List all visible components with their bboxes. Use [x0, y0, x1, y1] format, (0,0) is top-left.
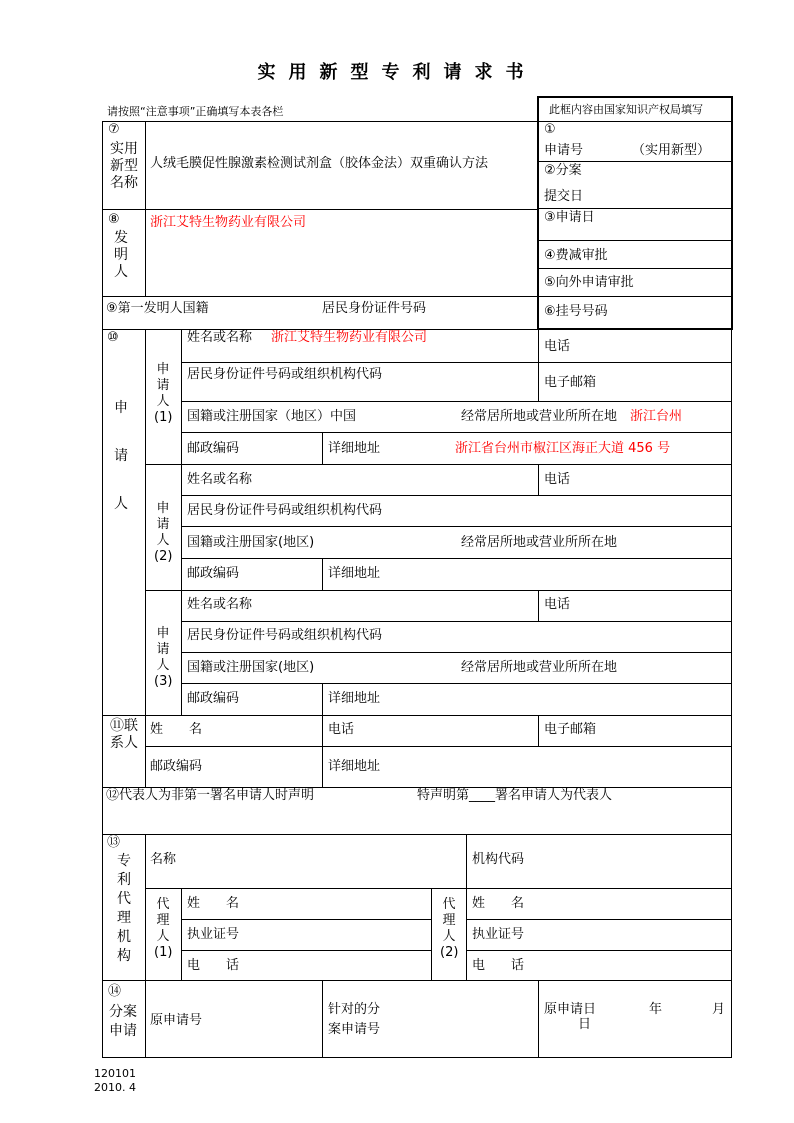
submission-date-label: 提交日 — [544, 189, 583, 205]
table-top-border — [102, 121, 732, 122]
applicant-3-address-label[interactable]: 详细地址 — [328, 691, 380, 707]
month-label: 月 — [712, 1002, 725, 1018]
contact-phone-label[interactable]: 电话 — [328, 722, 354, 738]
inventor-id-label[interactable]: 居民身份证件号码 — [322, 301, 426, 317]
section-8-label: 发明人 — [112, 230, 130, 281]
table-left-border — [102, 121, 103, 1057]
row-line — [145, 888, 731, 889]
applicant-1-address-label: 详细地址 — [328, 441, 380, 457]
office-row-line — [538, 208, 732, 209]
applicant-outer-divider — [145, 329, 146, 715]
contact-address-label[interactable]: 详细地址 — [328, 759, 380, 775]
section-10-label: 申请人 — [112, 384, 130, 528]
agent-2-name-label[interactable]: 姓 名 — [472, 896, 524, 912]
row-line — [145, 464, 731, 465]
row-divider-8-9 — [102, 296, 538, 297]
contact-divider — [538, 715, 539, 746]
applicant-1-label: 申请人(1) — [154, 362, 172, 426]
applicant-2-label: 申请人(2) — [154, 501, 172, 565]
target-division-label-2: 案申请号 — [328, 1022, 380, 1038]
contact-postal-label[interactable]: 邮政编码 — [150, 759, 202, 775]
foreign-filing-label: ⑤向外申请审批 — [544, 275, 634, 291]
agent-1-label: 代理人(1) — [154, 897, 172, 961]
applicant1-address-divider — [322, 432, 323, 464]
applicant2-phone-divider — [538, 464, 539, 495]
registered-number-label: ⑥挂号号码 — [544, 304, 608, 320]
table-bottom-border — [102, 1057, 732, 1058]
contact-name-label[interactable]: 姓 名 — [150, 722, 202, 738]
contact-email-label[interactable]: 电子邮箱 — [544, 722, 596, 738]
row-line — [181, 432, 731, 433]
agent-1-license-label[interactable]: 执业证号 — [187, 927, 239, 943]
office-row-line — [538, 240, 732, 241]
contact-divider — [322, 715, 323, 787]
original-application-number-label[interactable]: 原申请号 — [150, 1013, 202, 1029]
original-filing-date-label[interactable]: 原申请日 — [544, 1002, 596, 1018]
applicant-2-name-label[interactable]: 姓名或名称 — [187, 472, 252, 488]
applicant-1-email-label[interactable]: 电子邮箱 — [544, 375, 596, 391]
row-line — [466, 950, 731, 951]
form-code: 120101 — [94, 1067, 136, 1080]
agency-divider — [466, 834, 467, 980]
row-line — [102, 715, 732, 716]
applicant-3-label: 申请人(3) — [154, 626, 172, 690]
division-divider — [145, 980, 146, 1057]
row-line — [181, 495, 731, 496]
row-line — [181, 526, 731, 527]
applicant-2-residence-label[interactable]: 经常居所地或营业所所在地 — [461, 535, 617, 551]
row-line — [466, 919, 731, 920]
agent-2-label: 代理人(2) — [440, 897, 458, 961]
section-7-label: 实用新型名称 — [105, 141, 143, 192]
section-14-num: ⑭ — [108, 984, 121, 1000]
row-line — [145, 590, 731, 591]
applicant-1-address-field[interactable]: 浙江省台州市椒江区海正大道 456 号 — [455, 441, 670, 457]
field-1-num: ① — [544, 122, 556, 138]
applicant-3-name-label[interactable]: 姓名或名称 — [187, 597, 252, 613]
applicant-inner-divider — [181, 329, 182, 715]
office-box-divider — [538, 121, 539, 329]
agent-1-phone-label[interactable]: 电 话 — [187, 958, 239, 974]
section-13-label: 专利代理机构 — [115, 852, 133, 966]
applicant-1-residence-label: 经常居所地或营业所所在地 — [461, 409, 617, 425]
applicant1-phone-divider — [538, 329, 539, 401]
division-label: ②分案 — [544, 163, 582, 179]
agency-code-label[interactable]: 机构代码 — [472, 852, 524, 868]
applicant-2-address-label[interactable]: 详细地址 — [328, 566, 380, 582]
agency-name-label[interactable]: 名称 — [150, 852, 176, 868]
form-date: 2010. 4 — [94, 1081, 136, 1094]
office-row-line — [538, 268, 732, 269]
inventor-field[interactable]: 浙江艾特生物药业有限公司 — [150, 215, 306, 231]
section-10-num: ⑩ — [107, 330, 119, 346]
row-line — [181, 683, 731, 684]
day-label: 日 — [578, 1017, 591, 1033]
page-title: 实用新型专利请求书 — [0, 58, 794, 84]
applicant3-address-divider — [322, 683, 323, 715]
fee-reduction-label: ④费减审批 — [544, 248, 608, 264]
row-line — [181, 621, 731, 622]
applicant-3-country-label[interactable]: 国籍或注册国家(地区) — [187, 660, 314, 676]
applicant-1-phone-label[interactable]: 电话 — [544, 339, 570, 355]
applicant-1-residence-field[interactable]: 浙江台州 — [630, 409, 682, 425]
filing-date-label: ③申请日 — [544, 210, 595, 226]
year-label: 年 — [649, 1002, 662, 1018]
contact-divider — [145, 715, 146, 787]
applicant2-address-divider — [322, 558, 323, 590]
representative-statement[interactable]: 特声明第____署名申请人为代表人 — [417, 788, 612, 804]
section-11-label: ⑪联系人 — [104, 718, 144, 752]
section-12-label: ⑫代表人为非第一署名申请人时声明 — [106, 788, 314, 804]
section-14-label: 分案申请 — [104, 1003, 142, 1041]
utility-model-name-field[interactable]: 人绒毛膜促性腺激素检测试剂盒（胶体金法）双重确认方法 — [150, 156, 488, 172]
applicant-2-country-label[interactable]: 国籍或注册国家(地区) — [187, 535, 314, 551]
application-number-label: 申请号 — [544, 143, 583, 159]
applicant-1-postal-label[interactable]: 邮政编码 — [187, 441, 239, 457]
applicant-3-postal-label[interactable]: 邮政编码 — [187, 691, 239, 707]
application-type: （实用新型） — [632, 143, 710, 159]
applicant-2-phone-label[interactable]: 电话 — [544, 472, 570, 488]
instruction-text: 请按照“注意事项”正确填写本表各栏 — [107, 104, 283, 120]
row-line — [181, 919, 431, 920]
division-divider — [538, 980, 539, 1057]
first-inventor-nationality-label[interactable]: ⑨第一发明人国籍 — [106, 301, 209, 317]
section-7-num: ⑦ — [108, 122, 120, 138]
office-row-line — [538, 161, 732, 162]
office-box-title: 此框内容由国家知识产权局填写 — [549, 102, 703, 118]
row-line — [181, 401, 731, 402]
agency-divider — [181, 888, 182, 980]
applicant-2-id-label[interactable]: 居民身份证件号码或组织机构代码 — [187, 503, 382, 519]
section-13-num: ⑬ — [107, 835, 120, 851]
applicant-1-country-label[interactable]: 国籍或注册国家（地区）中国 — [187, 409, 356, 425]
table-right-border — [731, 329, 732, 1057]
agency-divider — [431, 888, 432, 980]
row-line — [145, 746, 731, 747]
target-division-label-1[interactable]: 针对的分 — [328, 1002, 380, 1018]
agent-2-phone-label[interactable]: 电 话 — [472, 958, 524, 974]
applicant3-phone-divider — [538, 590, 539, 621]
section-8-num: ⑧ — [108, 212, 120, 228]
division-divider — [322, 980, 323, 1057]
row-line — [181, 950, 431, 951]
applicant-1-name-field[interactable]: 浙江艾特生物药业有限公司 — [271, 330, 427, 346]
office-row-line — [538, 296, 732, 297]
agent-2-license-label[interactable]: 执业证号 — [472, 927, 524, 943]
row-line — [181, 362, 731, 363]
row-line — [181, 558, 731, 559]
row-line — [181, 652, 731, 653]
agent-1-name-label[interactable]: 姓 名 — [187, 896, 239, 912]
applicant-3-id-label[interactable]: 居民身份证件号码或组织机构代码 — [187, 628, 382, 644]
applicant-3-phone-label[interactable]: 电话 — [544, 597, 570, 613]
applicant-1-id-label[interactable]: 居民身份证件号码或组织机构代码 — [187, 367, 382, 383]
row-line — [102, 834, 732, 835]
applicant-1-name-label: 姓名或名称 — [187, 330, 252, 346]
row-divider-7-8 — [102, 209, 538, 210]
agency-divider — [145, 834, 146, 980]
row-line — [102, 980, 732, 981]
applicant-2-postal-label[interactable]: 邮政编码 — [187, 566, 239, 582]
applicant-3-residence-label[interactable]: 经常居所地或营业所所在地 — [461, 660, 617, 676]
